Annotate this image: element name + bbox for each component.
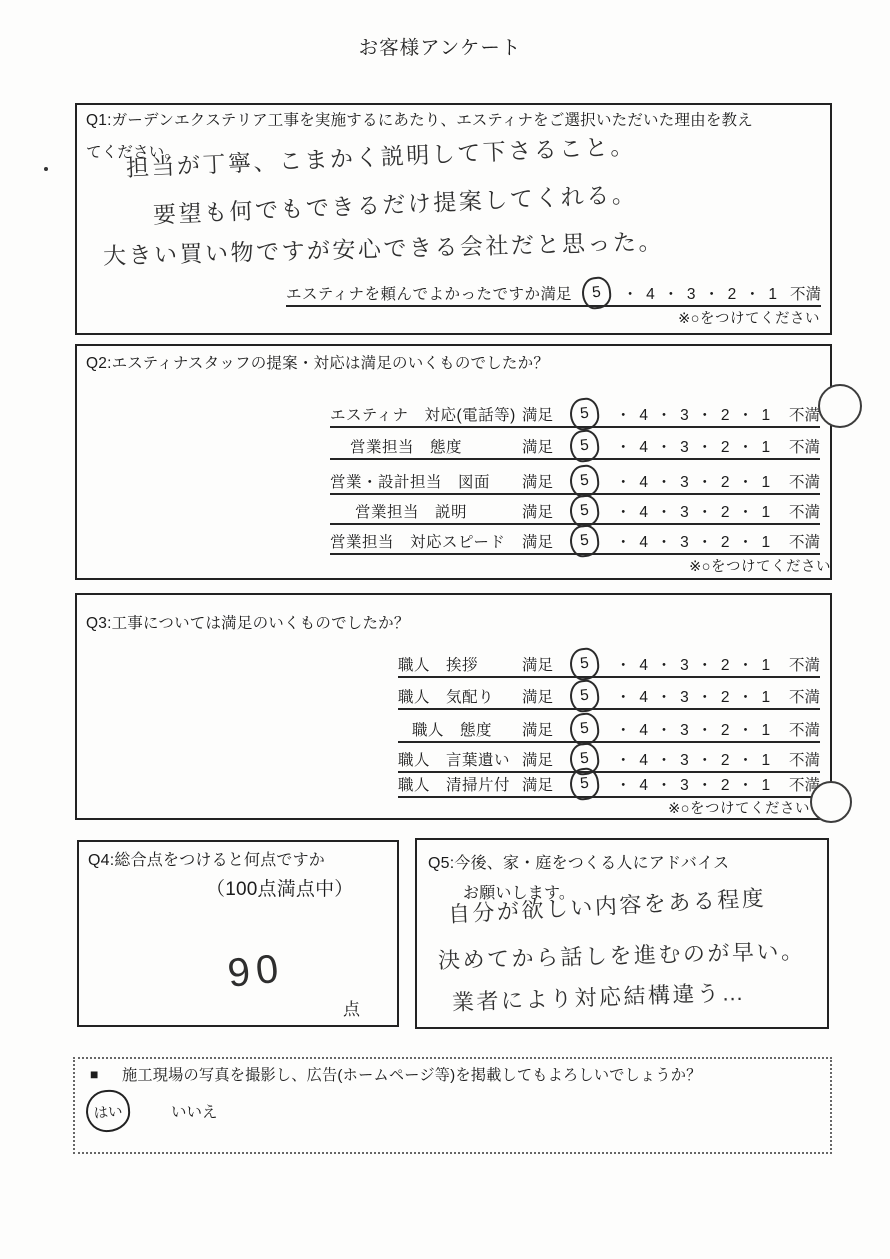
- rating-scale: 満足 5 ・ 4 ・ 3 ・ 2 ・ 1 不満: [522, 470, 820, 492]
- q3-row5-label: 職人 清掃片付: [398, 773, 510, 795]
- q2-row3-label: 営業・設計担当 図面: [330, 470, 490, 492]
- selected-rating-value: 5: [579, 749, 589, 768]
- rating-scale: 満足 5 ・ 4 ・ 3 ・ 2 ・ 1 不満: [522, 685, 820, 707]
- rating-scale: 満足 5 ・ 4 ・ 3 ・ 2 ・ 1 不満: [522, 500, 820, 522]
- consent-yes-option: はい: [93, 1100, 123, 1123]
- q3-row3-label: 職人 態度: [398, 718, 492, 740]
- satisfaction-label: 満足: [522, 685, 553, 707]
- rating-values: ・ 4 ・ 3 ・ 2 ・ 1: [616, 653, 773, 675]
- rating-scale: 満足 5 ・ 4 ・ 3 ・ 2 ・ 1 不満: [522, 748, 820, 770]
- rating-values: ・ 4 ・ 3 ・ 2 ・ 1: [616, 773, 773, 795]
- selected-rating-value: 5: [579, 404, 589, 423]
- selected-rating-value: 5: [579, 774, 589, 793]
- satisfaction-label: 満足: [522, 653, 553, 675]
- dissatisfaction-label: 不満: [790, 282, 821, 304]
- selected-rating-circle: 5: [568, 711, 600, 746]
- q2-row2-label: 営業担当 態度: [330, 435, 462, 457]
- selected-rating-value: 5: [579, 654, 589, 673]
- rating-values: ・ 4 ・ 3 ・ 2 ・ 1: [616, 685, 773, 707]
- selected-rating-value: 5: [579, 719, 589, 738]
- q3-heading: Q3:工事については満足のいくものでしたか？: [86, 611, 410, 633]
- rating-scale: 満足 5 ・ 4 ・ 3 ・ 2 ・ 1 不満: [522, 718, 820, 740]
- rating-scale: 満足 5 ・ 4 ・ 3 ・ 2 ・ 1 不満: [522, 530, 820, 552]
- q2-rating-row-2: 営業担当 態度 満足 5 ・ 4 ・ 3 ・ 2 ・ 1 不満: [330, 433, 820, 460]
- q2-rating-row-5: 営業担当 対応スピード 満足 5 ・ 4 ・ 3 ・ 2 ・ 1 不満: [330, 528, 820, 555]
- selected-rating-value: 5: [579, 531, 589, 550]
- selected-rating-value: 5: [592, 283, 602, 302]
- q4-heading: Q4:総合点をつけると何点ですか: [88, 847, 325, 870]
- selected-rating-circle: 5: [581, 275, 613, 310]
- dissatisfaction-label: 不満: [789, 470, 820, 492]
- page-title: お客様アンケート: [0, 32, 880, 60]
- punch-hole: [818, 384, 862, 428]
- selected-rating-value: 5: [579, 686, 589, 705]
- q4-score-handwritten: 90: [226, 946, 287, 997]
- q2-heading: Q2:エスティナスタッフの提案・対応は満足のいくものでしたか？: [86, 351, 549, 373]
- q2-circle-note: ※○をつけてください: [689, 555, 831, 576]
- selected-rating-value: 5: [579, 471, 589, 490]
- dissatisfaction-label: 不満: [789, 403, 820, 425]
- q2-rating-row-3: 営業・設計担当 図面 満足 5 ・ 4 ・ 3 ・ 2 ・ 1 不満: [330, 468, 820, 495]
- rating-values: ・ 4 ・ 3 ・ 2 ・ 1: [616, 500, 773, 522]
- selected-rating-circle: 5: [568, 678, 600, 713]
- q1-rating-label: エスティナを頼んでよかったですか: [286, 282, 540, 304]
- dissatisfaction-label: 不満: [789, 685, 820, 707]
- rating-values: ・ 4 ・ 3 ・ 2 ・ 1: [616, 403, 773, 425]
- q1-rating-row: エスティナを頼んでよかったですか 満足 5 ・ 4 ・ 3 ・ 2 ・ 1 不満: [286, 280, 821, 307]
- satisfaction-label: 満足: [522, 435, 553, 457]
- q4-subheading: （100点満点中）: [206, 874, 354, 901]
- rating-scale: 満足 5 ・ 4 ・ 3 ・ 2 ・ 1 不満: [522, 653, 820, 675]
- satisfaction-label: 満足: [522, 500, 553, 522]
- q1-circle-note: ※○をつけてください: [678, 307, 820, 328]
- satisfaction-label: 満足: [522, 403, 553, 425]
- dissatisfaction-label: 不満: [789, 500, 820, 522]
- selected-rating-circle: 5: [568, 493, 600, 528]
- q4-unit-label: 点: [343, 995, 360, 1020]
- selected-rating-circle: 5: [568, 463, 600, 498]
- selected-rating-circle: 5: [568, 646, 600, 681]
- q3-row4-label: 職人 言葉遺い: [398, 748, 510, 770]
- q3-rating-row-1: 職人 挨拶 満足 5 ・ 4 ・ 3 ・ 2 ・ 1 不満: [398, 651, 820, 678]
- dissatisfaction-label: 不満: [789, 530, 820, 552]
- satisfaction-label: 満足: [522, 773, 553, 795]
- rating-values: ・ 4 ・ 3 ・ 2 ・ 1: [616, 470, 773, 492]
- rating-scale: 満足 5 ・ 4 ・ 3 ・ 2 ・ 1 不満: [522, 403, 820, 425]
- satisfaction-label: 満足: [522, 530, 553, 552]
- selected-rating-circle: 5: [568, 523, 600, 558]
- rating-values: ・ 4 ・ 3 ・ 2 ・ 1: [622, 282, 779, 304]
- q3-rating-row-5: 職人 清掃片付 満足 5 ・ 4 ・ 3 ・ 2 ・ 1 不満: [398, 771, 820, 798]
- ink-speck: [44, 167, 48, 171]
- q2-row4-label: 営業担当 説明: [330, 500, 467, 522]
- rating-scale: 満足 5 ・ 4 ・ 3 ・ 2 ・ 1 不満: [540, 282, 821, 304]
- q3-rating-row-2: 職人 気配り 満足 5 ・ 4 ・ 3 ・ 2 ・ 1 不満: [398, 683, 820, 710]
- rating-values: ・ 4 ・ 3 ・ 2 ・ 1: [616, 748, 773, 770]
- punch-hole: [810, 781, 852, 823]
- consent-no-option: いいえ: [171, 1100, 218, 1122]
- selected-rating-circle: 5: [568, 766, 600, 801]
- q2-row1-label: エスティナ 対応(電話等): [330, 403, 516, 425]
- scanned-survey-page: お客様アンケート Q1:ガーデンエクステリア工事を実施するにあたり、エスティナを…: [0, 0, 890, 1259]
- q2-row5-label: 営業担当 対応スピード: [330, 530, 505, 552]
- selected-rating-circle: 5: [568, 396, 600, 431]
- consent-question: 施工現場の写真を撮影し、広告(ホームページ等)を掲載してもよろしいでしょうか？: [122, 1064, 702, 1085]
- rating-scale: 満足 5 ・ 4 ・ 3 ・ 2 ・ 1 不満: [522, 773, 820, 795]
- rating-values: ・ 4 ・ 3 ・ 2 ・ 1: [616, 718, 773, 740]
- dissatisfaction-label: 不満: [789, 435, 820, 457]
- selected-rating-value: 5: [579, 501, 589, 520]
- satisfaction-label: 満足: [522, 718, 553, 740]
- q5-heading-line1: Q5:今後、家・庭をつくる人にアドバイス: [428, 850, 729, 873]
- satisfaction-label: 満足: [522, 748, 553, 770]
- rating-scale: 満足 5 ・ 4 ・ 3 ・ 2 ・ 1 不満: [522, 435, 820, 457]
- selected-rating-circle: 5: [568, 428, 600, 463]
- dissatisfaction-label: 不満: [789, 718, 820, 740]
- consent-bullet-icon: ■: [90, 1066, 98, 1082]
- q3-row1-label: 職人 挨拶: [398, 653, 478, 675]
- q3-row2-label: 職人 気配り: [398, 685, 494, 707]
- q2-rating-row-4: 営業担当 説明 満足 5 ・ 4 ・ 3 ・ 2 ・ 1 不満: [330, 498, 820, 525]
- satisfaction-label: 満足: [540, 282, 571, 304]
- satisfaction-label: 満足: [522, 470, 553, 492]
- q2-rating-row-1: エスティナ 対応(電話等) 満足 5 ・ 4 ・ 3 ・ 2 ・ 1 不満: [330, 401, 820, 428]
- dissatisfaction-label: 不満: [789, 748, 820, 770]
- q3-rating-row-4: 職人 言葉遺い 満足 5 ・ 4 ・ 3 ・ 2 ・ 1 不満: [398, 746, 820, 773]
- q3-circle-note: ※○をつけてください: [668, 797, 810, 818]
- rating-values: ・ 4 ・ 3 ・ 2 ・ 1: [616, 530, 773, 552]
- q1-heading-line1: Q1:ガーデンエクステリア工事を実施するにあたり、エスティナをご選択いただいた理…: [86, 108, 753, 130]
- selected-rating-value: 5: [579, 436, 589, 455]
- dissatisfaction-label: 不満: [789, 653, 820, 675]
- q3-rating-row-3: 職人 態度 満足 5 ・ 4 ・ 3 ・ 2 ・ 1 不満: [398, 716, 820, 743]
- rating-values: ・ 4 ・ 3 ・ 2 ・ 1: [616, 435, 773, 457]
